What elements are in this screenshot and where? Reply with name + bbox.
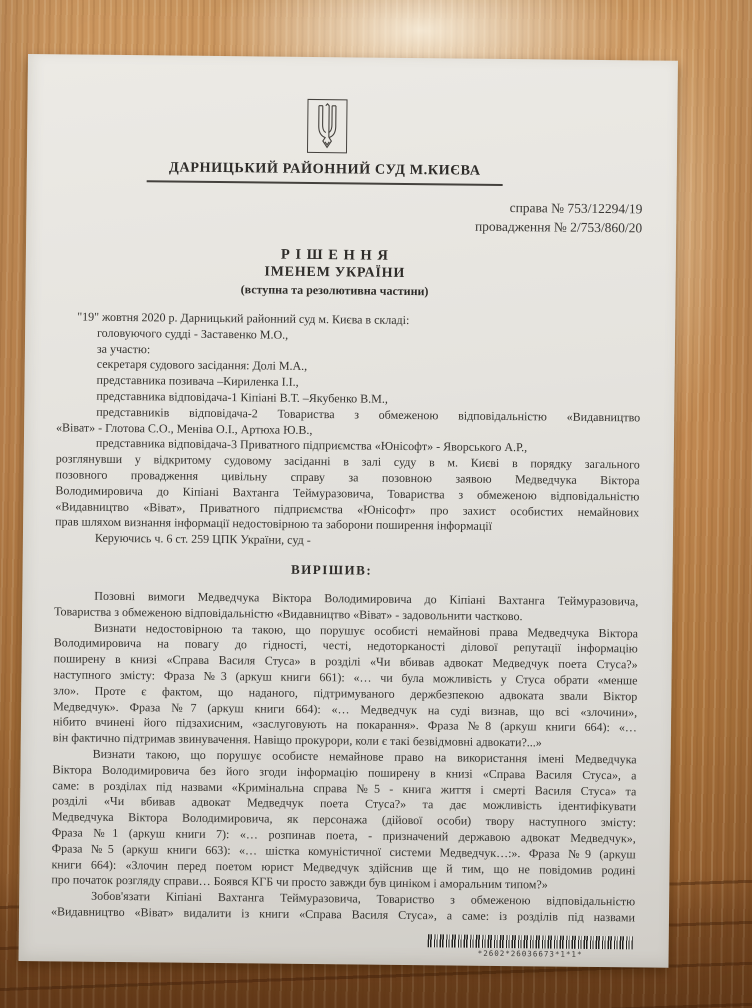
- barcode: *2602*26036673*1*1*: [428, 934, 633, 959]
- photo-background: ДАРНИЦЬКИЙ РАЙОННИЙ СУД М.КИЄВА справа №…: [0, 0, 752, 1008]
- resolved-heading: ВИРІШИВ:: [55, 558, 609, 581]
- case-info: справа № 753/12294/19 провадження № 2/75…: [58, 193, 642, 237]
- court-decision-page: ДАРНИЦЬКИЙ РАЙОННИЙ СУД М.КИЄВА справа №…: [19, 54, 678, 968]
- court-name-underline: ДАРНИЦЬКИЙ РАЙОННИЙ СУД М.КИЄВА: [147, 159, 503, 186]
- coat-of-arms-frame: [307, 99, 348, 153]
- decision-title-block: Р І Ш Е Н Н Я ІМЕНЕМ УКРАЇНИ (вступна та…: [57, 243, 612, 301]
- ukraine-trident-icon: [310, 102, 345, 150]
- court-name-heading: ДАРНИЦЬКИЙ РАЙОННИЙ СУД М.КИЄВА: [147, 159, 503, 180]
- barcode-bars: [428, 934, 633, 949]
- document-intro: "19" жовтня 2020 р. Дарницький районний …: [55, 309, 641, 552]
- barcode-label: *2602*26036673*1*1*: [428, 948, 633, 959]
- document-resolution: Позовні вимоги Медведчука Віктора Володи…: [51, 588, 638, 926]
